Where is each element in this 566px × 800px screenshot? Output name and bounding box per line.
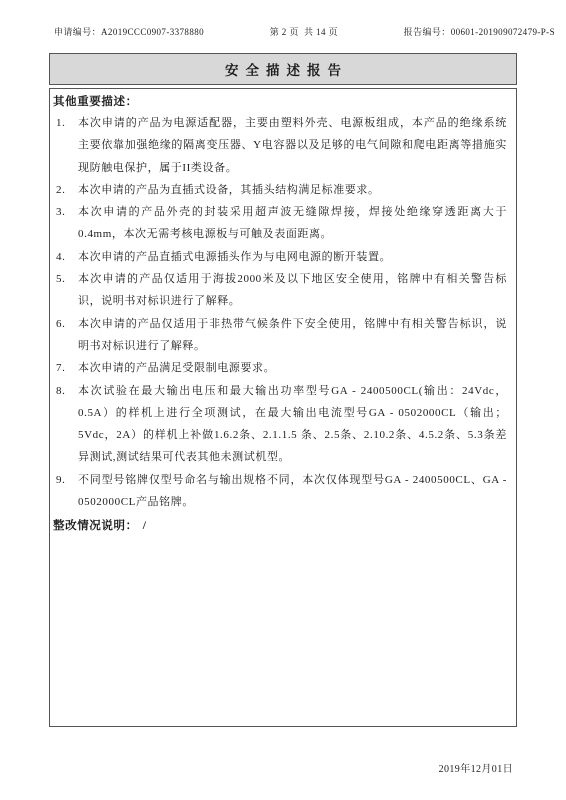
report-title: 安全描述报告 — [218, 59, 348, 79]
list-item: 8. 本次试验在最大输出电压和最大输出功率型号GA - 2400500CL(输出… — [53, 380, 507, 469]
application-number-label: 申请编号： — [54, 27, 101, 37]
rectification-note: 整改情况说明：/ — [53, 515, 507, 537]
list-item: 2. 本次申请的产品为直插式设备，其插头结构满足标准要求。 — [53, 179, 507, 201]
page-header: 申请编号：A2019CCC0907-3378880 第 2 页 共 14 页 报… — [0, 25, 566, 38]
list-item-number: 5. — [53, 268, 78, 313]
application-number: 申请编号：A2019CCC0907-3378880 — [54, 25, 204, 38]
rectification-value: / — [143, 520, 147, 532]
list-item: 3. 本次申请的产品外壳的封装采用超声波无缝隙焊接，焊接处绝缘穿透距离大于0.4… — [53, 201, 507, 246]
content-box: 其他重要描述： 1. 本次申请的产品为电源适配器，主要由塑料外壳、电源板组成，本… — [49, 88, 517, 727]
report-title-box: 安全描述报告 — [49, 53, 517, 85]
list-item-number: 6. — [53, 313, 78, 358]
application-number-value: A2019CCC0907-3378880 — [101, 27, 204, 37]
list-item-text: 本次申请的产品外壳的封装采用超声波无缝隙焊接，焊接处绝缘穿透距离大于0.4mm，… — [78, 201, 507, 246]
rectification-label: 整改情况说明： — [53, 520, 138, 532]
report-number-label: 报告编号： — [404, 27, 451, 37]
list-item-number: 1. — [53, 112, 78, 179]
list-item-number: 2. — [53, 179, 78, 201]
section-heading: 其他重要描述： — [53, 93, 507, 112]
list-item-text: 本次申请的产品满足受限制电源要求。 — [78, 357, 507, 379]
list-item-text: 本次申请的产品为电源适配器，主要由塑料外壳、电源板组成，本产品的绝缘系统主要依靠… — [78, 112, 507, 179]
list-item-number: 9. — [53, 469, 78, 514]
page-indicator: 第 2 页 共 14 页 — [270, 25, 338, 38]
list-item: 9. 不同型号铭牌仅型号命名与输出规格不同，本次仅体现型号GA - 240050… — [53, 469, 507, 514]
report-number: 报告编号：00601-201909072479-P-S — [404, 25, 555, 38]
list-item-text: 本次试验在最大输出电压和最大输出功率型号GA - 2400500CL(输出：24… — [78, 380, 507, 469]
list-item: 4. 本次申请的产品直插式电源插头作为与电网电源的断开装置。 — [53, 246, 507, 268]
list-item-text: 本次申请的产品为直插式设备，其插头结构满足标准要求。 — [78, 179, 507, 201]
list-item-text: 本次申请的产品仅适用于非热带气候条件下安全使用，铭牌中有相关警告标识，说明书对标… — [78, 313, 507, 358]
list-item-number: 3. — [53, 201, 78, 246]
list-item-text: 不同型号铭牌仅型号命名与输出规格不同，本次仅体现型号GA - 2400500CL… — [78, 469, 507, 514]
list-item: 7. 本次申请的产品满足受限制电源要求。 — [53, 357, 507, 379]
list-item: 6. 本次申请的产品仅适用于非热带气候条件下安全使用，铭牌中有相关警告标识，说明… — [53, 313, 507, 358]
list-item-number: 4. — [53, 246, 78, 268]
list-item-number: 7. — [53, 357, 78, 379]
list-item-number: 8. — [53, 380, 78, 469]
list-item: 1. 本次申请的产品为电源适配器，主要由塑料外壳、电源板组成，本产品的绝缘系统主… — [53, 112, 507, 179]
list-item-text: 本次申请的产品仅适用于海拔2000米及以下地区安全使用，铭牌中有相关警告标识，说… — [78, 268, 507, 313]
report-page: 申请编号：A2019CCC0907-3378880 第 2 页 共 14 页 报… — [0, 0, 566, 800]
report-number-value: 00601-201909072479-P-S — [451, 27, 555, 37]
list-item-text: 本次申请的产品直插式电源插头作为与电网电源的断开装置。 — [78, 246, 507, 268]
footer-date: 2019年12月01日 — [439, 760, 513, 775]
list-item: 5. 本次申请的产品仅适用于海拔2000米及以下地区安全使用，铭牌中有相关警告标… — [53, 268, 507, 313]
